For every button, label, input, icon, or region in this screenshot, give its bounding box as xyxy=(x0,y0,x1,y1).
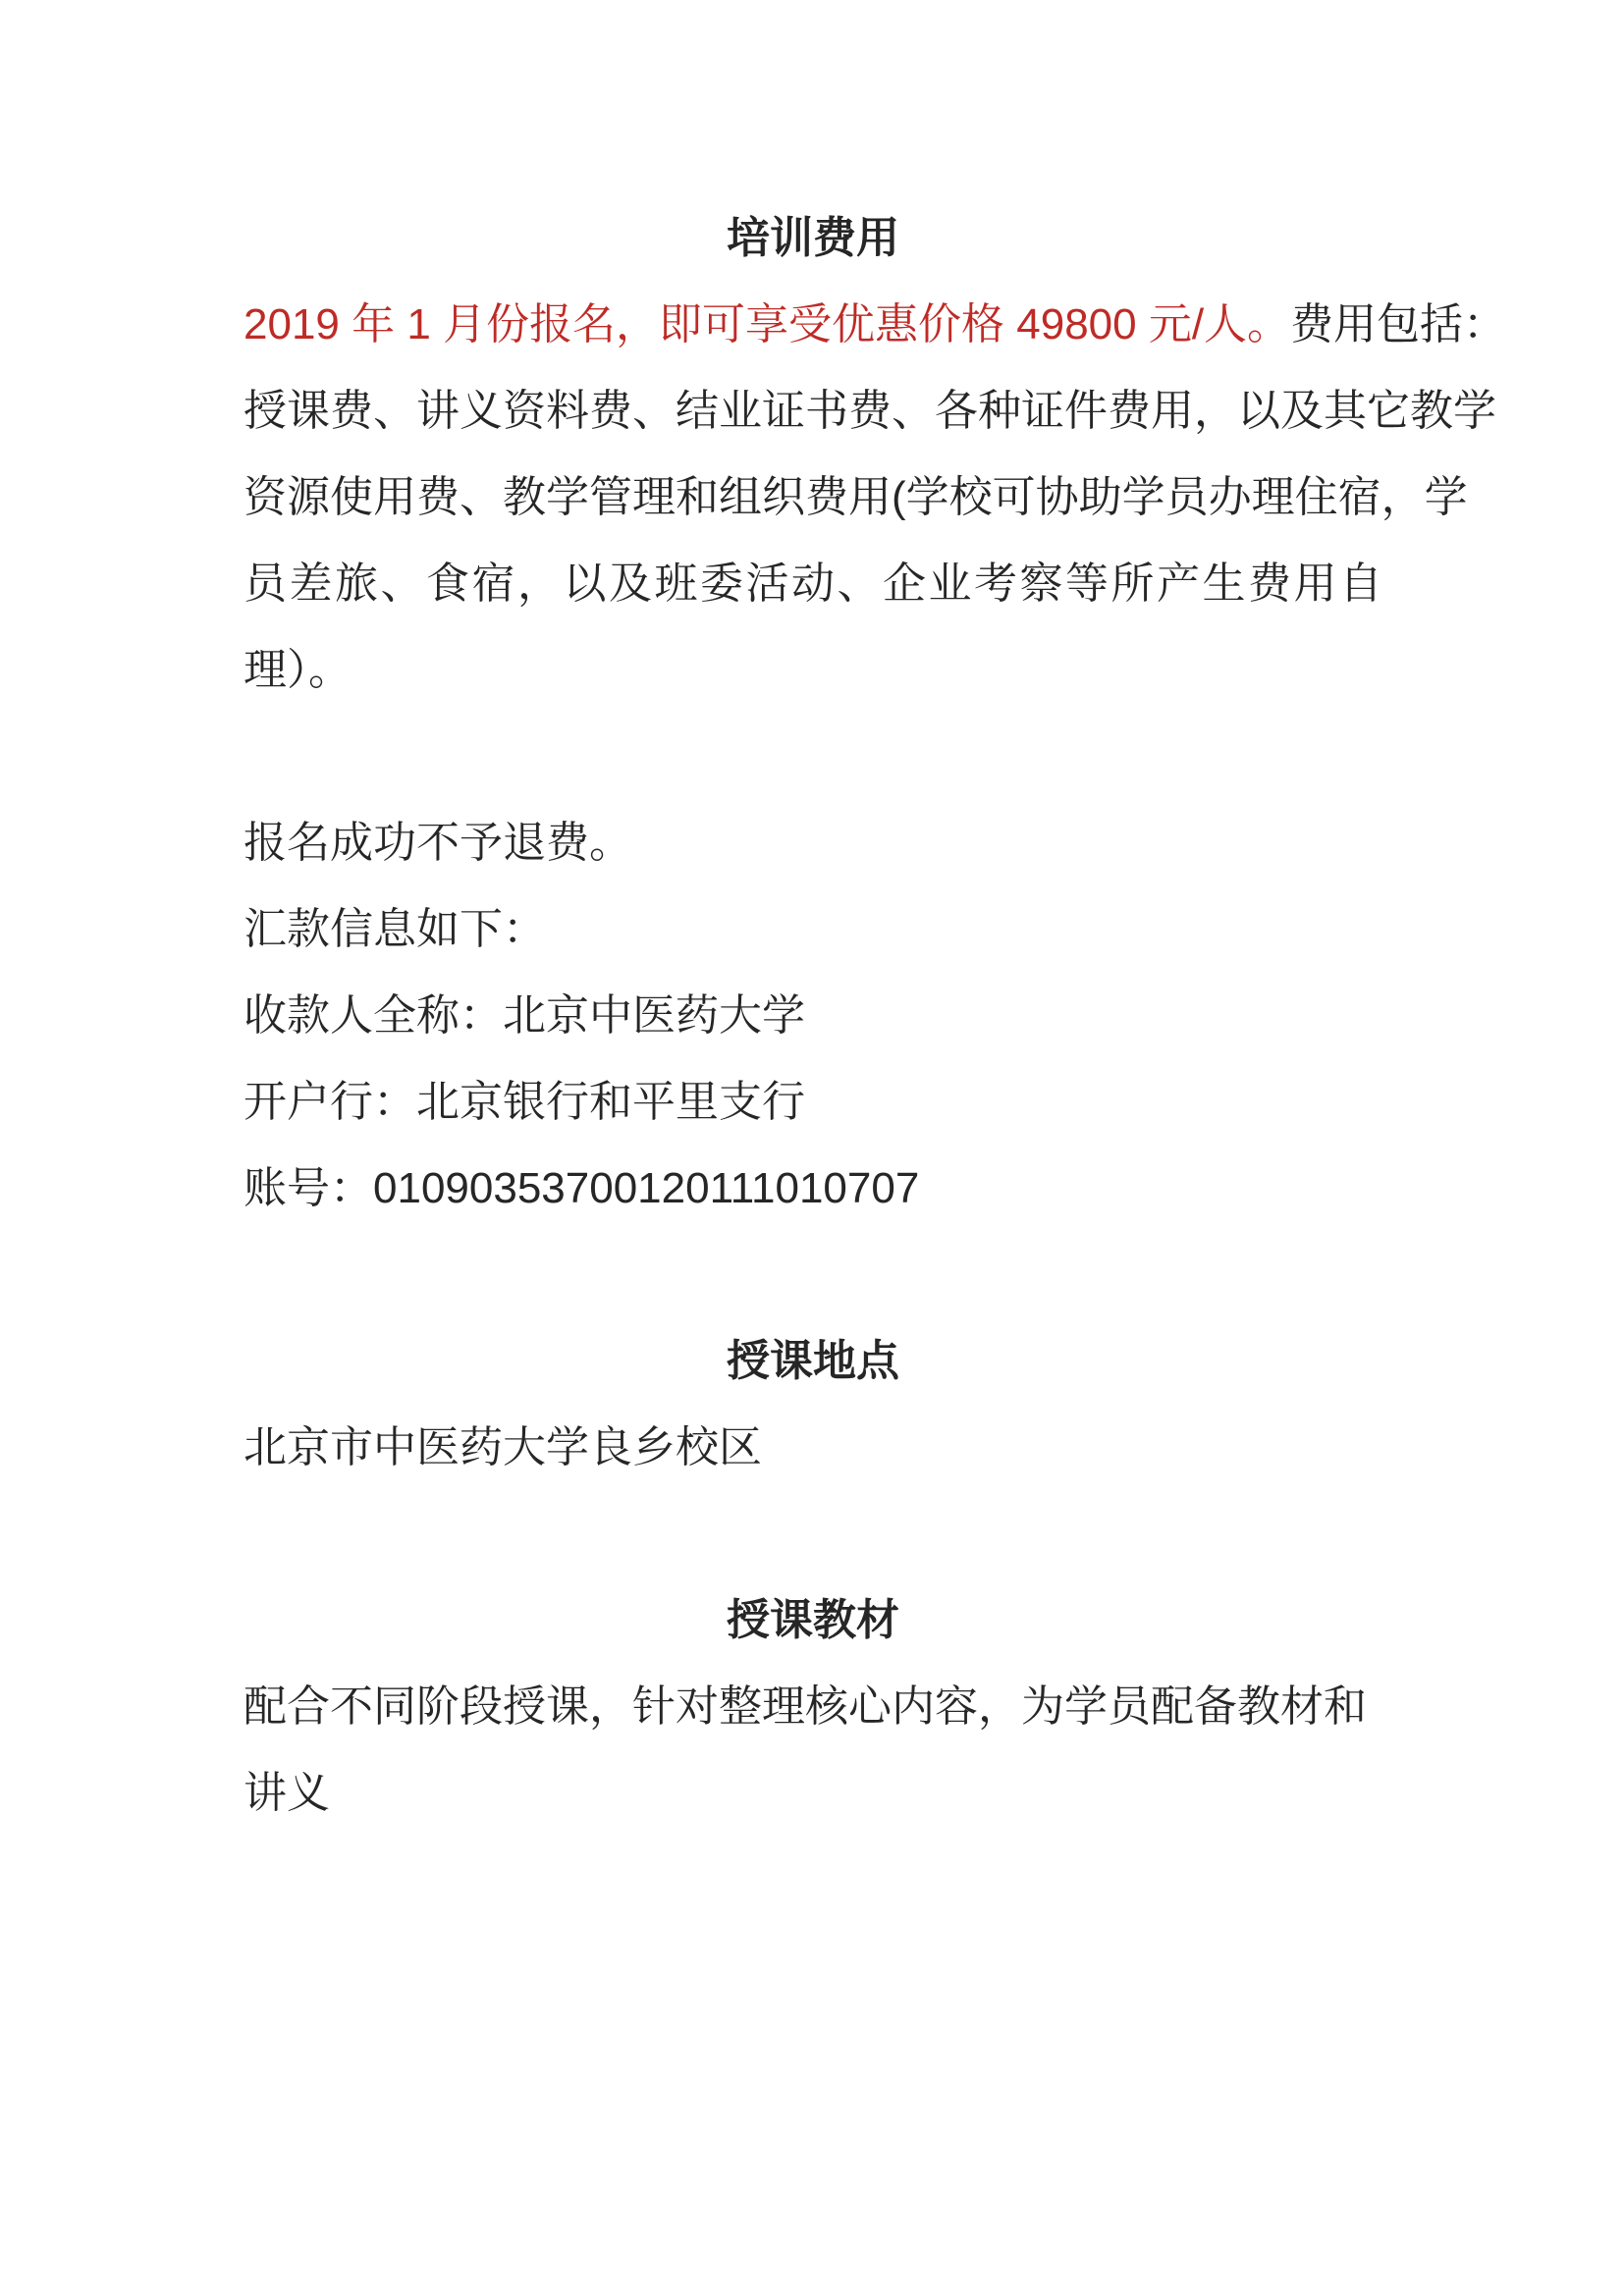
spacer xyxy=(244,714,1382,800)
location-line: 北京市中医药大学良乡校区 xyxy=(244,1405,1382,1491)
fee-paragraph-line-2: 授课费、讲义资料费、结业证书费、各种证件费用，以及其它教学 xyxy=(244,368,1382,454)
fee-paragraph-line-3: 资源使用费、教学管理和组织费用(学校可协助学员办理住宿，学 xyxy=(244,454,1382,541)
document-page: 培训费用 2019 年 1 月份报名，即可享受优惠价格 49800 元/人。费用… xyxy=(0,0,1624,2296)
fee-discount-highlight: 2019 年 1 月份报名，即可享受优惠价格 49800 元/人。 xyxy=(244,300,1290,348)
fee-paragraph-line-1: 2019 年 1 月份报名，即可享受优惠价格 49800 元/人。费用包括： xyxy=(244,282,1382,368)
fee-paragraph: 2019 年 1 月份报名，即可享受优惠价格 49800 元/人。费用包括： 授… xyxy=(244,282,1382,714)
document-body: 培训费用 2019 年 1 月份报名，即可享受优惠价格 49800 元/人。费用… xyxy=(244,195,1382,1837)
account-line: 账号：01090353700120111010707 xyxy=(244,1146,1382,1232)
spacer xyxy=(244,1491,1382,1577)
payee-line: 收款人全称：北京中医药大学 xyxy=(244,973,1382,1059)
refund-note: 报名成功不予退费。 xyxy=(244,800,1382,886)
spacer xyxy=(244,1232,1382,1318)
materials-line: 配合不同阶段授课，针对整理核心内容，为学员配备教材和讲义 xyxy=(244,1664,1382,1837)
section-heading-materials: 授课教材 xyxy=(244,1577,1382,1664)
fee-paragraph-line-4: 员差旅、食宿，以及班委活动、企业考察等所产生费用自理）。 xyxy=(244,541,1382,714)
section-heading-training-fee: 培训费用 xyxy=(244,195,1382,282)
remittance-intro: 汇款信息如下： xyxy=(244,886,1382,973)
section-heading-location: 授课地点 xyxy=(244,1318,1382,1405)
bank-line: 开户行：北京银行和平里支行 xyxy=(244,1059,1382,1146)
fee-includes-label: 费用包括： xyxy=(1290,300,1506,348)
